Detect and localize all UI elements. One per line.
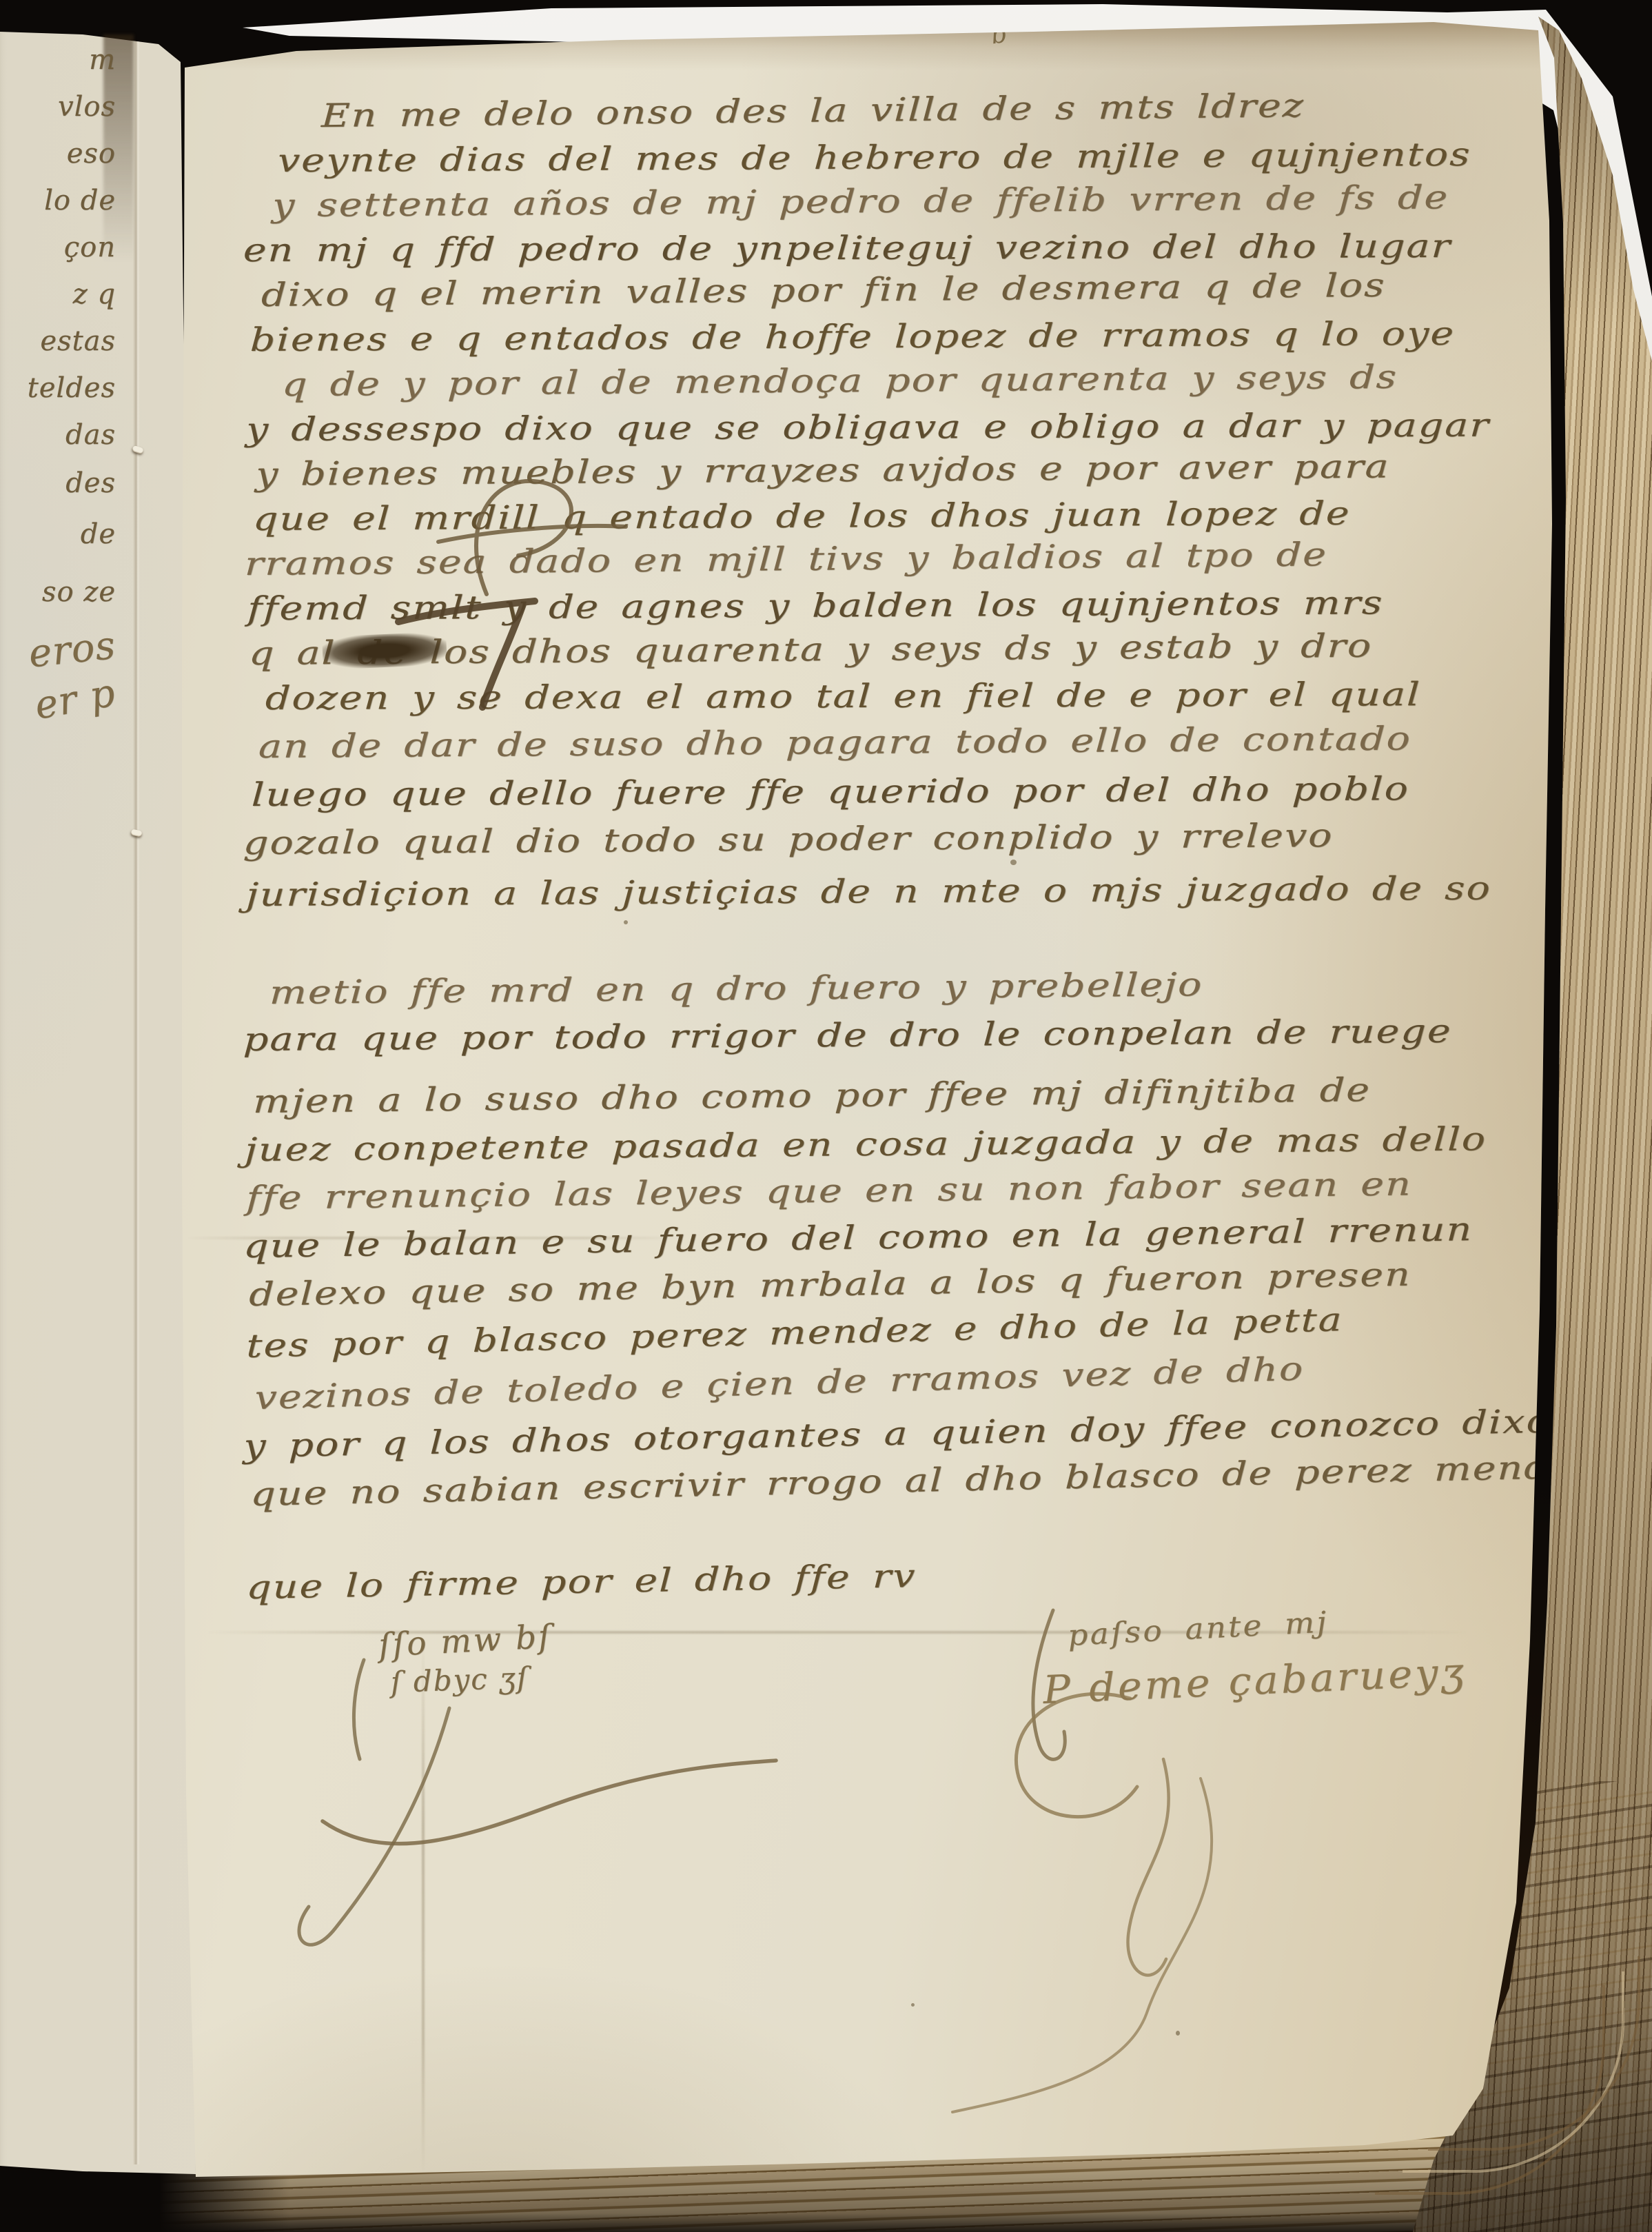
manuscript-line: rramos sea dado en mjll tivs y baldios a… [244,538,1328,581]
margin-fragment: das [4,419,116,451]
margin-fragment: teldes [4,372,116,404]
margin-fragment: z q [4,278,116,310]
manuscript-line: bienes e q entados de hoffe lopez de rra… [249,317,1456,358]
manuscript-page: b En me delo onso des la villa de s mts … [0,0,1652,2232]
manuscript-line: y settenta años de mj pedro de ffelib vr… [272,181,1449,223]
manuscript-line: metio ffe mrd en q dro fuero y prebellej… [269,968,1203,1010]
witness-signature-line1: ſſo mw bſ [378,1618,553,1665]
ink-blot-strikeout [322,631,447,670]
attestation-passo-ante-mi: paſso ante mj [1067,1605,1329,1652]
margin-fragment: çon [4,232,116,263]
notary-signature: P deme çabarueyʒ [1042,1650,1467,1713]
manuscript-line: que lo firme por el dho ffe rv [246,1559,917,1605]
margin-fragment: de [4,518,116,550]
manuscript-line: jurisdiçion a las justiçias de n mte o m… [245,872,1492,913]
manuscript-line: juez conpetente pasada en cosa juzgada y… [244,1122,1487,1167]
margin-fragment: des [4,467,116,499]
manuscript-line: en mj q ffd pedro de ynpeliteguj vezino … [243,230,1452,267]
manuscript-line: vezinos de toledo e çien de rramos vez d… [254,1352,1304,1415]
manuscript-line: ffemd smlt y de agnes y balden los qujnj… [247,586,1384,626]
manuscript-line: luego que dello fuere ffe querido por de… [251,772,1410,812]
manuscript-photograph: mvlosesolo deçonz qestasteldesdasdesdeso… [0,0,1652,2232]
ink-speck [1010,860,1017,865]
manuscript-line: que el mrdill q entado de los dhos juan … [252,497,1351,537]
gutter-fold-crease [133,41,140,2164]
margin-fragment: vlos [4,91,116,123]
margin-fragment: estas [4,325,116,357]
manuscript-line: veynte dias del mes de hebrero de mjlle … [277,138,1471,178]
manuscript-line: para que por todo rrigor de dro le conpe… [243,1015,1452,1057]
manuscript-line: gozalo qual dio todo su poder conplido y… [243,819,1334,860]
manuscript-line: ffe rrenunçio las leyes que en su non fa… [246,1167,1413,1215]
manuscript-line: dozen y se dexa el amo tal en fiel de e … [265,678,1422,716]
manuscript-line: dixo q el merin valles por fin le desmer… [261,269,1386,313]
ink-speck [911,2003,915,2007]
margin-fragment: eso [4,138,116,170]
manuscript-line: mjen a lo suso dho como por ffee mj difi… [252,1073,1371,1119]
fold-crease [422,1641,425,2171]
manuscript-line: En me delo onso des la villa de s mts ld… [320,89,1305,133]
ink-speck [1176,2031,1180,2036]
ink-speck [624,920,628,924]
manuscript-line: que le balan e su fuero del como en la g… [243,1213,1473,1264]
margin-fragment: lo de [4,185,116,216]
manuscript-line: y bienes muebles y rrayzes avjdos e por … [255,450,1390,492]
manuscript-line: an de dar de suso dho pagara todo ello d… [258,722,1412,764]
margin-fragment: m [4,44,116,76]
manuscript-line: q de y por al de mendoça por quarenta y … [281,361,1398,403]
manuscript-line: y dessespo dixo que se obligava e obligo… [245,409,1491,447]
margin-fragment: so ze [4,576,116,608]
witness-signature-line2: ſ dbyc ʒſ [390,1661,529,1699]
